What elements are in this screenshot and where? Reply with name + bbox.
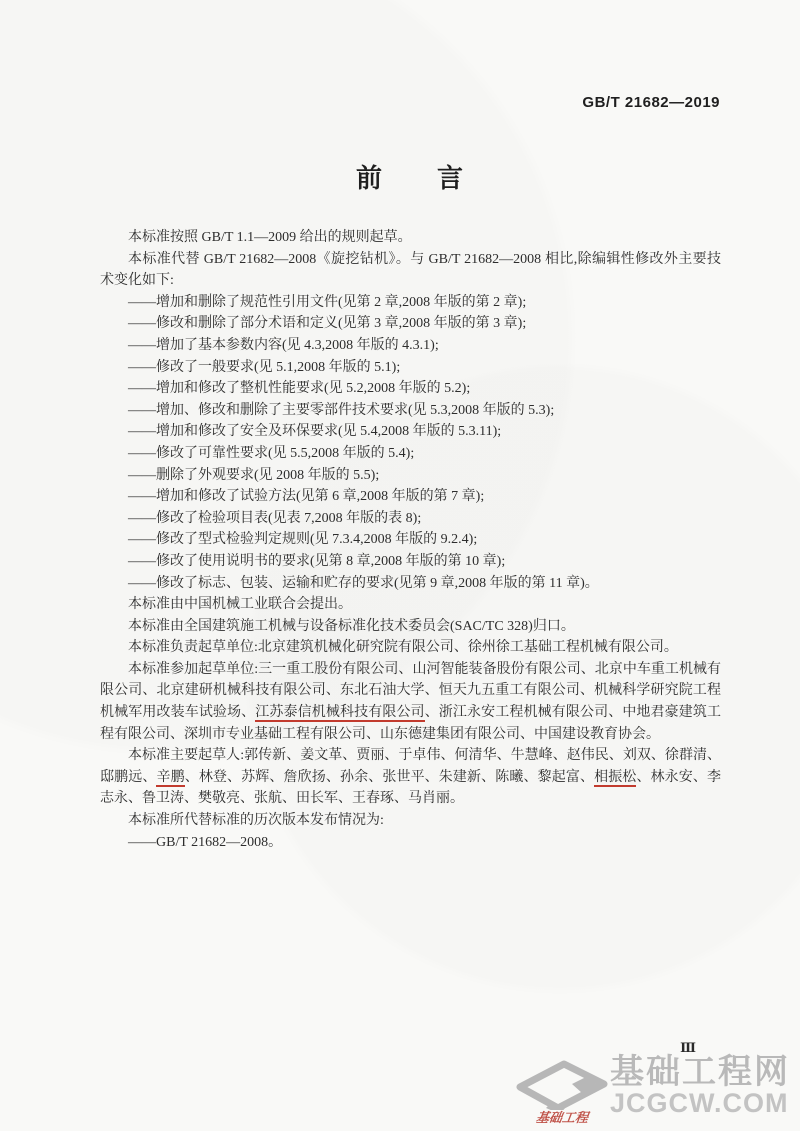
paragraph: ——修改了型式检验判定规则(见 7.3.4,2008 年版的 9.2.4);	[100, 529, 721, 551]
paragraph: ——增加和修改了安全及环保要求(见 5.4,2008 年版的 5.3.11);	[100, 421, 721, 443]
paragraph: ——GB/T 21682—2008。	[100, 832, 721, 854]
text-segment: 本标准负责起草单位:北京建筑机械化研究院有限公司、徐州徐工基础工程机械有限公司。	[128, 640, 678, 655]
text-segment: ——修改了型式检验判定规则(见 7.3.4,2008 年版的 9.2.4);	[128, 532, 477, 547]
text-segment: 本标准由全国建筑施工机械与设备标准化技术委员会(SAC/TC 328)归口。	[128, 619, 575, 634]
paragraph: ——增加和删除了规范性引用文件(见第 2 章,2008 年版的第 2 章);	[100, 292, 721, 314]
paragraph: 本标准按照 GB/T 1.1—2009 给出的规则起草。	[100, 227, 721, 249]
paragraph: ——修改和删除了部分术语和定义(见第 3 章,2008 年版的第 3 章);	[100, 313, 721, 335]
text-segment: ——修改了可靠性要求(见 5.5,2008 年版的 5.4);	[128, 446, 414, 461]
text-segment: ——增加、修改和删除了主要零部件技术要求(见 5.3,2008 年版的 5.3)…	[128, 403, 554, 418]
underlined-text: 辛鹏	[156, 770, 184, 787]
text-segment: 本标准按照 GB/T 1.1—2009 给出的规则起草。	[128, 230, 412, 245]
text-segment: ——GB/T 21682—2008。	[128, 835, 282, 850]
text-segment: ——修改了检验项目表(见表 7,2008 年版的表 8);	[128, 511, 421, 526]
paragraph: ——删除了外观要求(见 2008 年版的 5.5);	[100, 465, 721, 487]
text-segment: ——修改了标志、包装、运输和贮存的要求(见第 9 章,2008 年版的第 11 …	[128, 576, 599, 591]
text-segment: ——增加了基本参数内容(见 4.3,2008 年版的 4.3.1);	[128, 338, 439, 353]
watermark-logo-block: 基础工程	[514, 1054, 610, 1125]
text-segment: ——增加和删除了规范性引用文件(见第 2 章,2008 年版的第 2 章);	[128, 295, 526, 310]
paragraph: 本标准所代替标准的历次版本发布情况为:	[100, 810, 721, 832]
watermark-site-name: 基础工程网	[610, 1054, 790, 1090]
text-segment: ——修改了使用说明书的要求(见第 8 章,2008 年版的第 10 章);	[128, 554, 505, 569]
paragraph: ——修改了一般要求(见 5.1,2008 年版的 5.1);	[100, 357, 721, 379]
text-segment: ——删除了外观要求(见 2008 年版的 5.5);	[128, 468, 379, 483]
paragraph: 本标准由全国建筑施工机械与设备标准化技术委员会(SAC/TC 328)归口。	[100, 616, 721, 638]
paragraph: ——修改了使用说明书的要求(见第 8 章,2008 年版的第 10 章);	[100, 551, 721, 573]
text-segment: 本标准所代替标准的历次版本发布情况为:	[128, 813, 384, 828]
document-page: GB/T 21682—2019 前 言 本标准按照 GB/T 1.1—2009 …	[0, 0, 800, 1131]
text-segment: ——修改了一般要求(见 5.1,2008 年版的 5.1);	[128, 360, 400, 375]
text-segment: ——增加和修改了试验方法(见第 6 章,2008 年版的第 7 章);	[128, 489, 484, 504]
paragraph: ——修改了可靠性要求(见 5.5,2008 年版的 5.4);	[100, 443, 721, 465]
paragraph: ——修改了检验项目表(见表 7,2008 年版的表 8);	[100, 508, 721, 530]
underlined-text: 相振松	[594, 770, 636, 787]
paragraph: ——增加和修改了整机性能要求(见 5.2,2008 年版的 5.2);	[100, 378, 721, 400]
standard-number: GB/T 21682—2019	[582, 94, 720, 111]
watermark-logo-caption: 基础工程	[535, 1111, 589, 1125]
watermark-site-url: JCGCW.COM	[610, 1090, 790, 1116]
text-segment: ——修改和删除了部分术语和定义(见第 3 章,2008 年版的第 3 章);	[128, 316, 526, 331]
paragraph: 本标准主要起草人:郭传新、姜文革、贾丽、于卓伟、何清华、牛慧峰、赵伟民、刘双、徐…	[100, 745, 721, 810]
paragraph: ——增加了基本参数内容(见 4.3,2008 年版的 4.3.1);	[100, 335, 721, 357]
paragraph: ——增加、修改和删除了主要零部件技术要求(见 5.3,2008 年版的 5.3)…	[100, 400, 721, 422]
watermark-text-block: 基础工程网 JCGCW.COM	[610, 1054, 790, 1116]
text-segment: 、林登、苏辉、詹欣扬、孙余、张世平、朱建新、陈曦、黎起富、	[185, 770, 594, 785]
paragraph: 本标准负责起草单位:北京建筑机械化研究院有限公司、徐州徐工基础工程机械有限公司。	[100, 637, 721, 659]
jcgcw-drilling-rig-logo-icon	[516, 1060, 608, 1110]
page-title: 前 言	[100, 158, 720, 195]
site-watermark: 基础工程 基础工程网 JCGCW.COM	[514, 1054, 790, 1125]
paragraph: ——增加和修改了试验方法(见第 6 章,2008 年版的第 7 章);	[100, 486, 721, 508]
paragraph: ——修改了标志、包装、运输和贮存的要求(见第 9 章,2008 年版的第 11 …	[100, 573, 721, 595]
text-segment: ——增加和修改了安全及环保要求(见 5.4,2008 年版的 5.3.11);	[128, 424, 501, 439]
underlined-text: 江苏泰信机械科技有限公司	[255, 705, 424, 722]
paragraph: 本标准参加起草单位:三一重工股份有限公司、山河智能装备股份有限公司、北京中车重工…	[100, 659, 721, 745]
text-segment: 本标准由中国机械工业联合会提出。	[128, 597, 352, 612]
paragraph: 本标准代替 GB/T 21682—2008《旋挖钻机》。与 GB/T 21682…	[100, 249, 721, 292]
paragraph: 本标准由中国机械工业联合会提出。	[100, 594, 721, 616]
text-segment: ——增加和修改了整机性能要求(见 5.2,2008 年版的 5.2);	[128, 381, 470, 396]
text-segment: 本标准代替 GB/T 21682—2008《旋挖钻机》。与 GB/T 21682…	[100, 252, 721, 289]
document-body: 本标准按照 GB/T 1.1—2009 给出的规则起草。本标准代替 GB/T 2…	[100, 227, 721, 853]
